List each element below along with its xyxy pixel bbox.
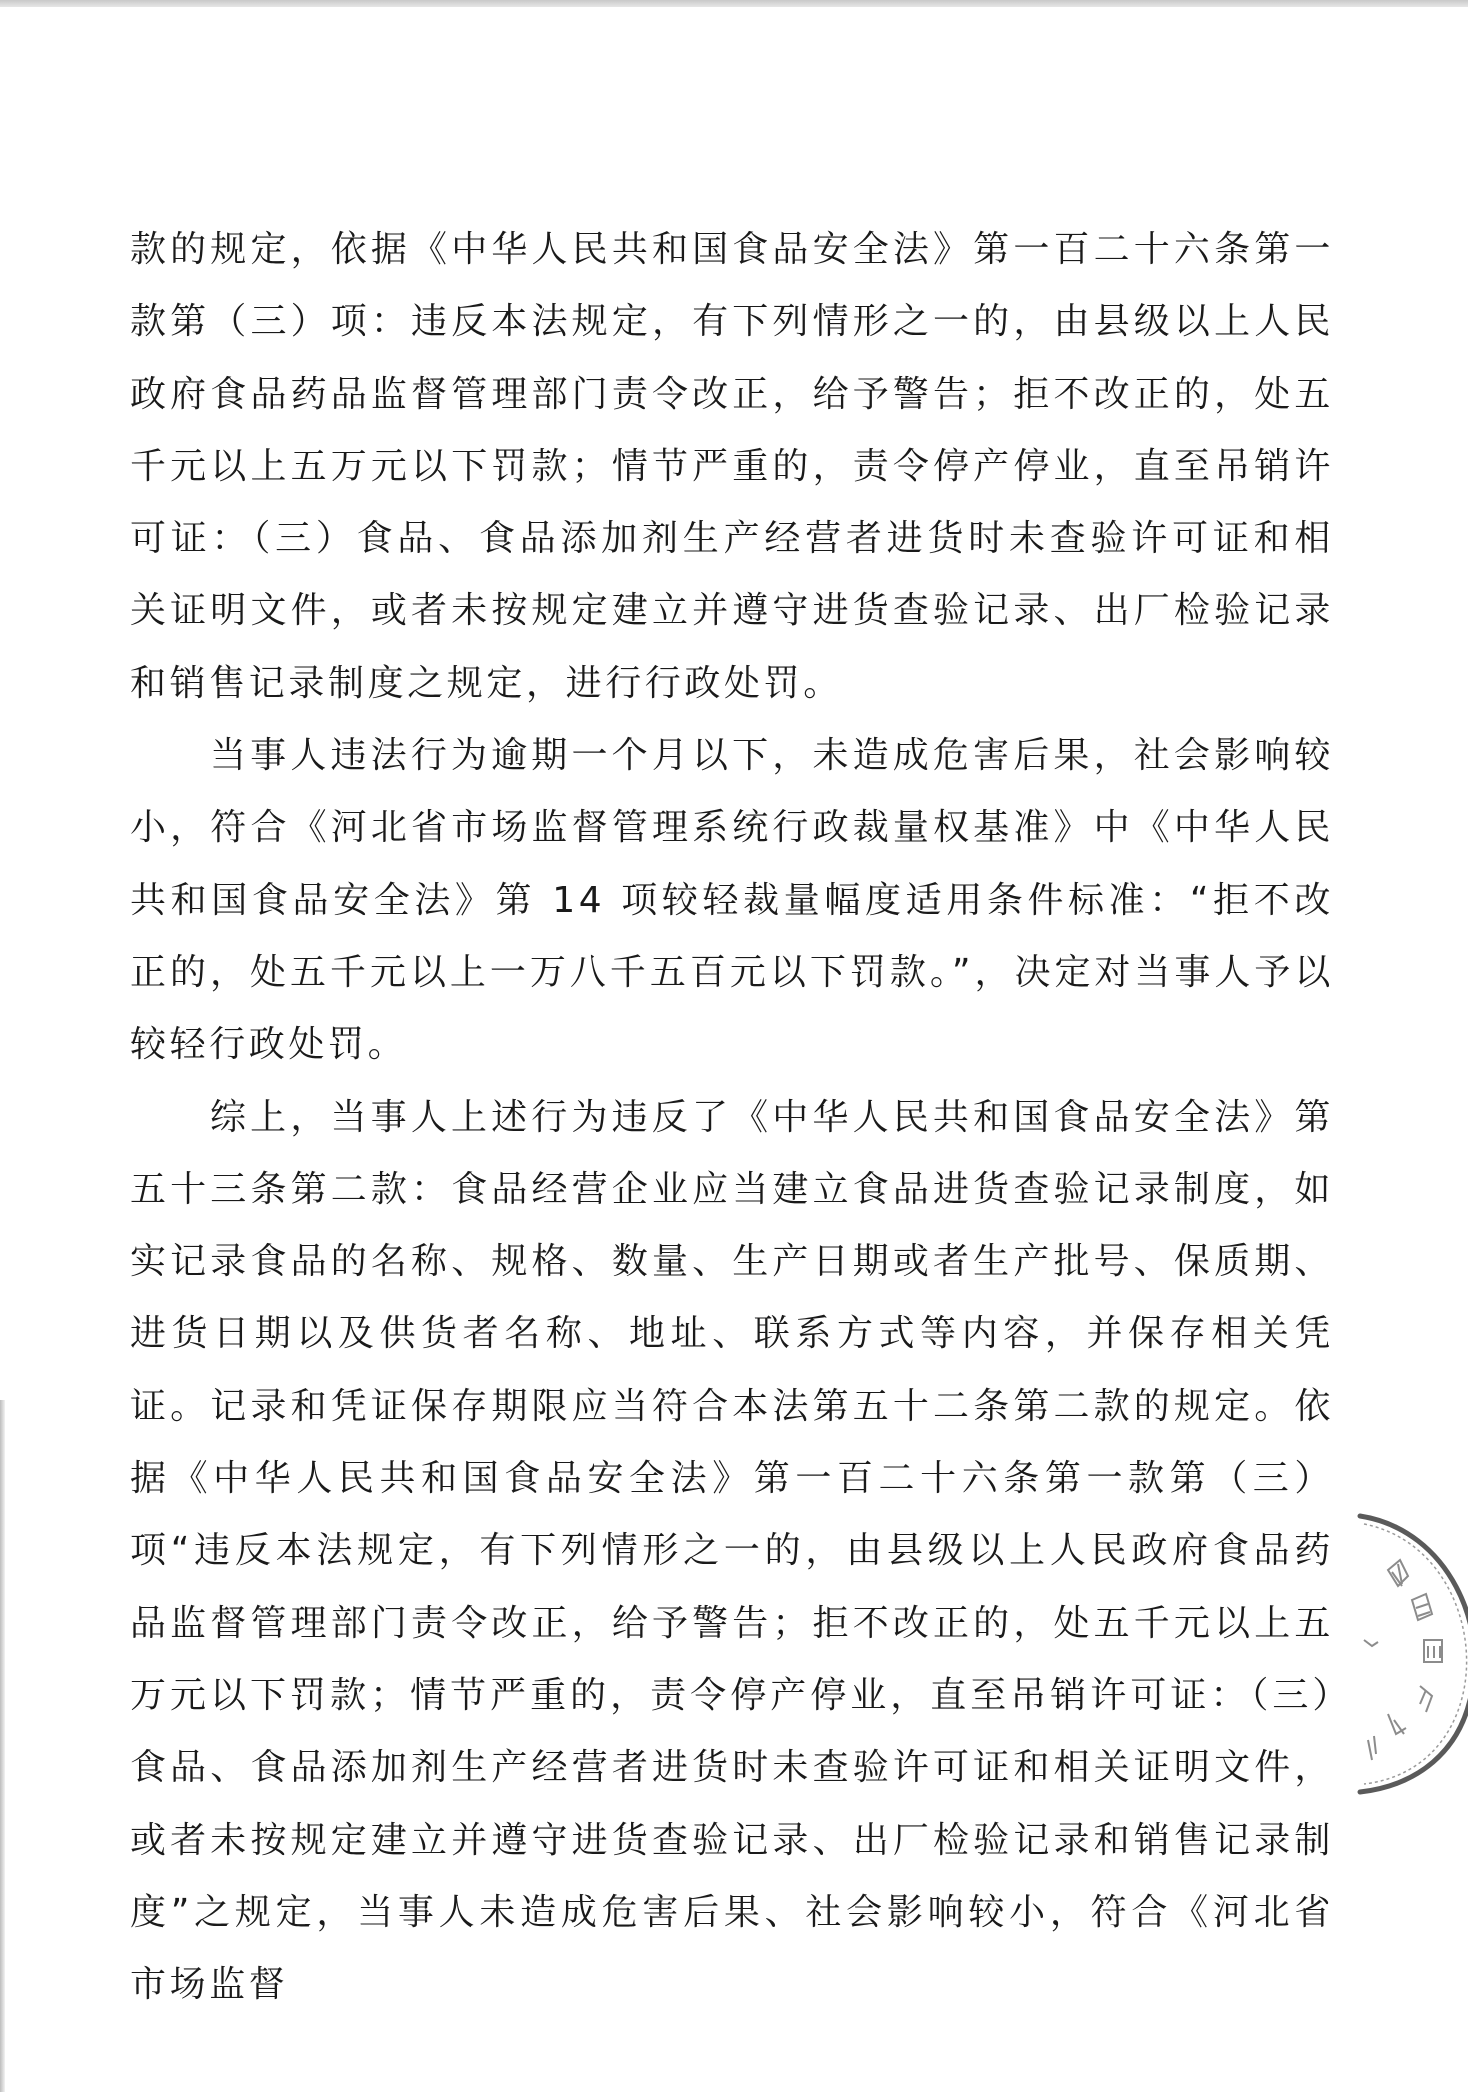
paragraph-1: 款的规定，依据《中华人民共和国食品安全法》第一百二十六条第一款第（三）项：违反本… <box>130 214 1334 720</box>
official-seal-icon <box>1340 1500 1468 1820</box>
scan-top-edge <box>0 0 1468 7</box>
paragraph-3: 综上，当事人上述行为违反了《中华人民共和国食品安全法》第五十三条第二款：食品经营… <box>130 1082 1334 2022</box>
paragraph-2: 当事人违法行为逾期一个月以下，未造成危害后果，社会影响较小，符合《河北省市场监督… <box>130 720 1334 1081</box>
document-body: 款的规定，依据《中华人民共和国食品安全法》第一百二十六条第一款第（三）项：违反本… <box>130 214 1334 2021</box>
scan-left-edge <box>0 1400 5 2092</box>
